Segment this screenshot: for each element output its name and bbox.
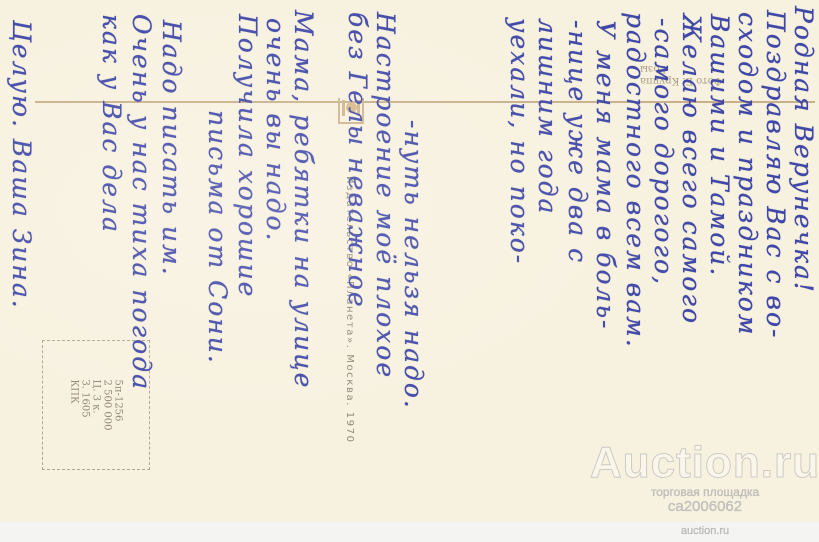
auction-watermark: Auction.ru торговая площадка ca2006062 xyxy=(590,440,819,515)
handwritten-line: Желаю всего самого xyxy=(677,14,706,325)
imprint-line: Ц. 3 к. xyxy=(91,380,102,431)
imprint-line: 2 500 000 xyxy=(102,380,113,431)
imprint-text: 5п-1256 2 500 000 Ц. 3 к. З. 1605 КПК xyxy=(69,380,124,431)
handwritten-line: очень вы надо. xyxy=(261,18,290,243)
handwritten-line: уехали, но поко- xyxy=(505,18,534,265)
handwritten-line: как у Вас дела xyxy=(97,14,126,234)
handwritten-line: У меня мама в боль- xyxy=(591,20,620,331)
handwritten-line: -нуть нельзя надо. xyxy=(399,120,428,410)
handwritten-line: Настроение моё плохое xyxy=(371,12,400,379)
handwritten-line: Очень у нас тиха погода xyxy=(127,14,156,391)
handwritten-line: Поздравляю Вас с во- xyxy=(761,10,790,339)
handwritten-line: Мама, ребятки на улице xyxy=(289,10,318,389)
handwritten-line: -нице уже два с xyxy=(563,20,592,264)
handwritten-line: -самого дорогого, xyxy=(649,18,678,286)
watermark-site: Auction.ru xyxy=(590,440,819,486)
handwritten-line: радостного всем вам. xyxy=(621,12,650,349)
handwritten-line: письма от Сони. xyxy=(203,110,232,365)
imprint-line: З. 1605 xyxy=(80,380,91,431)
postcard-back: Фото Б. Круппа Розы Издательство «Планет… xyxy=(0,0,819,522)
handwritten-line: лишним года xyxy=(533,18,562,215)
imprint-line: КПК xyxy=(69,380,80,431)
handwritten-line: Родная Верунечка! xyxy=(789,6,818,294)
handwritten-line: сходом и праздником xyxy=(733,12,762,337)
scan-margin: auction.ru xyxy=(0,522,819,542)
handwritten-line: Целую. Ваша Зина. xyxy=(7,20,36,310)
watermark-lot: ca2006062 xyxy=(590,499,819,515)
handwritten-line: Получила хорошие xyxy=(233,14,262,298)
handwritten-line: без Гелы неважное xyxy=(343,12,372,309)
handwritten-line: Вашими и Тамой. xyxy=(705,14,734,277)
imprint-line: 5п-1256 xyxy=(113,380,124,431)
watermark-subtitle: торговая площадка xyxy=(590,486,819,499)
handwritten-line: Надо писать им. xyxy=(157,20,186,277)
watermark-footer: auction.ru xyxy=(590,525,819,538)
